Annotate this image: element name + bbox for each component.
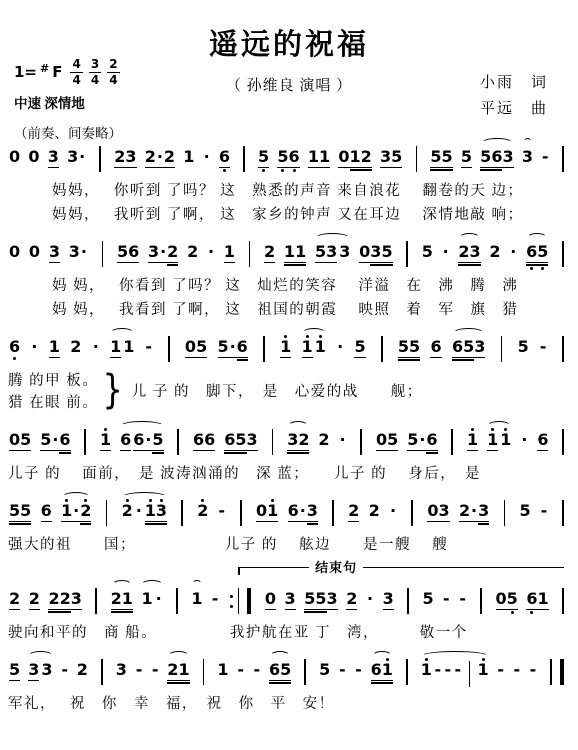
duration-underline bbox=[167, 680, 178, 681]
note-glyph: 2 bbox=[361, 148, 372, 166]
note-glyph: 0 bbox=[9, 243, 20, 261]
duration-underline bbox=[156, 167, 164, 168]
note-char: 3 bbox=[247, 425, 258, 459]
note-glyph: 1 bbox=[500, 431, 511, 449]
note-token: 23 bbox=[458, 237, 480, 271]
note-glyph: 0 bbox=[256, 502, 267, 520]
barline bbox=[558, 584, 568, 614]
note-glyph: 1 bbox=[100, 431, 111, 449]
note-char: · bbox=[72, 496, 80, 530]
note-glyph: 1 bbox=[487, 431, 498, 449]
note-char: 0 bbox=[256, 496, 267, 530]
note-char: 5 bbox=[507, 584, 518, 618]
lyrics-brace: } bbox=[103, 372, 123, 408]
duration-underline bbox=[117, 262, 128, 263]
key-note: F bbox=[52, 63, 62, 81]
note-glyph: 6 bbox=[452, 338, 463, 356]
duration-underline bbox=[164, 167, 175, 168]
duration-underline bbox=[315, 609, 326, 610]
duration-underline bbox=[438, 521, 449, 522]
note-glyph: 1 bbox=[280, 338, 291, 356]
barline bbox=[407, 496, 417, 526]
duration-underline bbox=[507, 609, 518, 610]
barline bbox=[412, 142, 422, 172]
note-char: 2 bbox=[77, 655, 88, 689]
note-char: · bbox=[336, 332, 344, 366]
note-glyph: 5 bbox=[277, 148, 288, 166]
note-token: 21 bbox=[167, 655, 189, 689]
note-glyph: - bbox=[445, 661, 452, 679]
barline bbox=[173, 425, 183, 455]
note-glyph: 5 bbox=[196, 338, 207, 356]
note-glyph: 1 bbox=[350, 148, 361, 166]
note-token: - bbox=[434, 655, 442, 689]
duration-underline bbox=[145, 167, 156, 168]
duration-underline bbox=[307, 521, 318, 522]
duration-underline bbox=[354, 357, 365, 358]
note-char: - bbox=[151, 655, 159, 689]
note-token: 5 bbox=[519, 496, 530, 530]
barline bbox=[497, 332, 507, 362]
duration-underline bbox=[59, 452, 70, 453]
meter-numerator: 3 bbox=[89, 58, 101, 73]
note-token: 6 bbox=[537, 425, 548, 459]
note-char: - bbox=[338, 655, 346, 689]
note-token: 2 bbox=[346, 584, 357, 618]
note-char: 6 bbox=[120, 425, 131, 459]
note-glyph: 5 bbox=[537, 243, 548, 261]
note-token: · bbox=[155, 584, 163, 618]
note-char: 3 bbox=[67, 142, 78, 176]
note-glyph: 2 bbox=[60, 590, 71, 608]
barline bbox=[102, 496, 112, 526]
note-glyph: 5 bbox=[519, 502, 530, 520]
duration-underline bbox=[470, 521, 478, 522]
note-glyph: 3 bbox=[502, 148, 513, 166]
note-token: 3 bbox=[41, 655, 52, 689]
duration-underline bbox=[167, 264, 178, 265]
note-glyph: 3 bbox=[116, 661, 127, 679]
note-glyph: 3 bbox=[41, 661, 52, 679]
note-glyph: 5 bbox=[304, 590, 315, 608]
note-token: - bbox=[135, 655, 143, 689]
duration-underline bbox=[295, 264, 306, 265]
note-token: · bbox=[389, 496, 397, 530]
duration-underline bbox=[120, 450, 131, 451]
duration-underline bbox=[218, 357, 229, 358]
note-char: - bbox=[354, 655, 362, 689]
note-glyph: 3 bbox=[287, 431, 298, 449]
tie-group: 1· bbox=[140, 584, 163, 618]
duration-underline bbox=[152, 450, 163, 451]
note-char: 2 bbox=[70, 332, 81, 366]
note-char: 1 bbox=[100, 425, 111, 459]
note-glyph: 5 bbox=[20, 431, 31, 449]
note-char: 1 bbox=[224, 237, 235, 271]
note-char: 3 bbox=[478, 496, 489, 530]
note-token: 5 bbox=[319, 655, 330, 689]
note-char: 2 bbox=[114, 142, 125, 176]
duration-underline bbox=[304, 609, 315, 610]
note-char: · bbox=[135, 496, 143, 530]
tie-group: 11 bbox=[301, 332, 327, 366]
note-token: 65 bbox=[526, 237, 548, 271]
note-glyph: 0 bbox=[9, 431, 20, 449]
note-glyph: 6 bbox=[128, 243, 139, 261]
duration-underline bbox=[48, 167, 59, 168]
note-char: · bbox=[92, 332, 100, 366]
duration-underline bbox=[470, 262, 481, 263]
note-char: 6 bbox=[219, 142, 230, 176]
score-header: 遥远的祝福 （ 孙维良 演唱 ） 1=#F 443424 中速 深情地 （前奏、… bbox=[0, 0, 578, 138]
note-char: 6 bbox=[289, 142, 300, 176]
duration-underline bbox=[60, 609, 71, 610]
duration-underline bbox=[59, 450, 70, 451]
duration-underline bbox=[133, 450, 144, 451]
note-glyph: 5 bbox=[480, 148, 491, 166]
octave-dot bbox=[530, 611, 533, 614]
note-char: 6 bbox=[41, 496, 52, 530]
duration-underline bbox=[467, 450, 478, 451]
note-glyph: 5 bbox=[315, 590, 326, 608]
barline bbox=[558, 142, 568, 172]
duration-underline bbox=[381, 264, 392, 265]
duration-underline bbox=[280, 357, 291, 358]
note-glyph: · bbox=[136, 502, 142, 520]
note-char: 3 bbox=[285, 584, 296, 618]
note-char: 5 bbox=[463, 332, 474, 366]
note-char: 5 bbox=[387, 425, 398, 459]
octave-dot bbox=[511, 611, 514, 614]
note-glyph: 3 bbox=[326, 243, 337, 261]
duration-underline bbox=[148, 262, 159, 263]
note-glyph: 3 bbox=[438, 502, 449, 520]
duration-underline bbox=[277, 167, 288, 168]
note-char: 1 bbox=[467, 425, 478, 459]
duration-underline bbox=[295, 262, 306, 263]
tie-group: 2·13 bbox=[121, 496, 168, 530]
duration-underline bbox=[224, 450, 235, 451]
barline bbox=[558, 425, 568, 455]
note-token: 6 bbox=[219, 142, 230, 176]
note-token: - bbox=[151, 655, 159, 689]
note-token: 56 bbox=[117, 237, 139, 271]
note-glyph: · bbox=[93, 338, 99, 356]
note-glyph: · bbox=[157, 148, 163, 166]
note-char: 5 bbox=[430, 142, 441, 176]
note-glyph: 6 bbox=[426, 431, 437, 449]
note-char: 1 bbox=[61, 496, 72, 530]
duration-underline bbox=[60, 611, 71, 612]
note-glyph: 5 bbox=[9, 661, 20, 679]
credits-block: 小雨 词 平远 曲 bbox=[480, 70, 548, 122]
duration-underline bbox=[502, 167, 513, 168]
note-glyph: 0 bbox=[338, 148, 349, 166]
tie-group: 11 bbox=[109, 332, 135, 366]
note-glyph: - bbox=[540, 338, 547, 356]
duration-underline bbox=[459, 521, 470, 522]
note-token: 5 bbox=[422, 584, 433, 618]
note-token: 0 bbox=[9, 142, 20, 176]
duration-underline bbox=[122, 611, 133, 612]
duration-underline bbox=[235, 450, 246, 451]
note-glyph: 5 bbox=[507, 590, 518, 608]
note-char: - bbox=[541, 142, 549, 176]
duration-underline bbox=[398, 359, 409, 360]
note-token: 2 bbox=[70, 332, 81, 366]
duration-underline bbox=[383, 609, 394, 610]
note-char: · bbox=[144, 425, 152, 459]
lyrics-block: 腾 的甲 板。猎 在眼 前。}儿 子 的 脚下， 是 心爱的战 舰； bbox=[8, 368, 570, 412]
note-glyph: 0 bbox=[376, 431, 387, 449]
duration-underline bbox=[9, 523, 20, 524]
note-glyph: 0 bbox=[359, 243, 370, 261]
note-glyph: 1 bbox=[61, 502, 72, 520]
note-char: 5 bbox=[196, 332, 207, 366]
note-char: 6 bbox=[59, 425, 70, 459]
note-token: 5 bbox=[258, 142, 269, 176]
duration-underline bbox=[284, 264, 295, 265]
note-glyph: 2 bbox=[187, 243, 198, 261]
barline bbox=[97, 655, 107, 685]
note-token: - bbox=[513, 655, 521, 689]
duration-underline bbox=[350, 167, 361, 168]
duration-underline bbox=[370, 262, 381, 263]
octave-dot bbox=[13, 357, 16, 360]
duration-underline bbox=[80, 521, 91, 522]
tie-group: 66·5 bbox=[119, 425, 164, 459]
note-token: · bbox=[339, 425, 347, 459]
duration-underline bbox=[51, 450, 59, 451]
duration-underline bbox=[258, 167, 269, 168]
note-glyph: 5 bbox=[315, 243, 326, 261]
duration-underline bbox=[361, 169, 372, 170]
note-char: 1 bbox=[350, 142, 361, 176]
duration-underline bbox=[299, 521, 307, 522]
note-glyph: 1 bbox=[49, 338, 60, 356]
note-glyph: 5 bbox=[40, 431, 51, 449]
note-token: 1 bbox=[421, 655, 432, 689]
note-token: 563 bbox=[480, 142, 513, 176]
duration-underline bbox=[125, 167, 136, 168]
note-char: 5 bbox=[218, 332, 229, 366]
note-glyph: · bbox=[471, 502, 477, 520]
duration-underline bbox=[470, 264, 481, 265]
note-glyph: 1 bbox=[319, 148, 330, 166]
note-token: 5 bbox=[422, 237, 433, 271]
note-char: 5 bbox=[40, 425, 51, 459]
note-char: 0 bbox=[28, 142, 39, 176]
note-char: 5 bbox=[391, 142, 402, 176]
note-glyph: 6 bbox=[526, 243, 537, 261]
score-system-3: 6·12·11-055·6111·55566535-腾 的甲 板。猎 在眼 前。… bbox=[8, 332, 570, 412]
duration-underline bbox=[204, 450, 215, 451]
barline bbox=[268, 425, 278, 455]
note-char: 5 bbox=[518, 332, 529, 366]
duration-underline bbox=[315, 262, 326, 263]
barline bbox=[558, 332, 568, 362]
note-char: 6 bbox=[193, 425, 204, 459]
note-char: 5 bbox=[354, 332, 365, 366]
note-glyph: 5 bbox=[441, 148, 452, 166]
note-char: 2 bbox=[29, 584, 40, 618]
note-char: 6 bbox=[371, 655, 382, 689]
note-glyph: 6 bbox=[288, 502, 299, 520]
note-glyph: 3 bbox=[71, 590, 82, 608]
note-token: - bbox=[540, 496, 548, 530]
duration-underline bbox=[441, 167, 452, 168]
note-token: · bbox=[336, 332, 344, 366]
duration-underline bbox=[145, 523, 156, 524]
note-glyph: 1 bbox=[295, 243, 306, 261]
note-glyph: 2 bbox=[298, 431, 309, 449]
duration-underline bbox=[491, 169, 502, 170]
duration-underline bbox=[280, 680, 291, 681]
lyrics-line: 军礼， 祝 你 幸 福， 祝 你 平 安！ bbox=[8, 692, 570, 713]
note-token: 3· bbox=[67, 142, 86, 176]
note-glyph: 3 bbox=[307, 502, 318, 520]
barline bbox=[80, 425, 90, 455]
duration-underline bbox=[224, 452, 235, 453]
duration-underline bbox=[224, 262, 235, 263]
note-char: · bbox=[159, 237, 167, 271]
note-char: · bbox=[520, 425, 528, 459]
key-tempo-block: 1=#F 443424 中速 深情地 （前奏、间奏略） bbox=[14, 58, 122, 142]
barline bbox=[328, 496, 338, 526]
note-char: · bbox=[389, 496, 397, 530]
note-char: · bbox=[30, 332, 38, 366]
duration-underline bbox=[350, 169, 361, 170]
note-token: 1 bbox=[183, 142, 194, 176]
note-glyph: 3 bbox=[48, 148, 59, 166]
note-char: - bbox=[529, 655, 537, 689]
note-token: - bbox=[211, 584, 219, 618]
note-token: 05 bbox=[185, 332, 207, 366]
note-char: 5 bbox=[461, 142, 472, 176]
note-token: 2 bbox=[348, 496, 359, 530]
note-glyph: 6 bbox=[526, 590, 537, 608]
note-token: - bbox=[253, 655, 261, 689]
note-glyph: 2 bbox=[197, 502, 208, 520]
note-token: 55 bbox=[398, 332, 420, 366]
note-char: - bbox=[211, 584, 219, 618]
duration-underline bbox=[298, 450, 309, 451]
note-token: 2 bbox=[9, 584, 20, 618]
note-glyph: 3 bbox=[69, 243, 80, 261]
note-char: 3 bbox=[125, 142, 136, 176]
note-glyph: - bbox=[541, 502, 548, 520]
note-char: · bbox=[156, 142, 164, 176]
note-char: - bbox=[497, 655, 505, 689]
note-glyph: 5 bbox=[218, 338, 229, 356]
note-glyph: - bbox=[339, 661, 346, 679]
note-char: 3 bbox=[522, 142, 533, 176]
note-glyph: 5 bbox=[381, 243, 392, 261]
barline bbox=[259, 332, 269, 362]
duration-underline bbox=[49, 357, 60, 358]
note-glyph: 6 bbox=[430, 338, 441, 356]
note-token: 1 bbox=[110, 332, 121, 366]
note-glyph: - bbox=[237, 661, 244, 679]
meter-denominator: 4 bbox=[109, 73, 117, 87]
note-char: 1 bbox=[477, 655, 488, 689]
duration-underline bbox=[219, 167, 230, 168]
note-glyph: · bbox=[300, 502, 306, 520]
duration-underline bbox=[430, 357, 441, 358]
note-glyph: - bbox=[497, 661, 504, 679]
note-glyph: 2 bbox=[458, 243, 469, 261]
note-char: 5 bbox=[422, 237, 433, 271]
note-glyph: 2 bbox=[346, 590, 357, 608]
duration-underline bbox=[156, 521, 167, 522]
duration-underline bbox=[418, 450, 426, 451]
note-char: · bbox=[203, 142, 211, 176]
barline bbox=[402, 237, 412, 267]
note-char: 5 bbox=[315, 584, 326, 618]
note-char: 6 bbox=[237, 332, 248, 366]
note-token: 2·2 bbox=[145, 142, 175, 176]
note-glyph: 5 bbox=[409, 338, 420, 356]
note-glyph: · bbox=[52, 431, 58, 449]
note-token: 1 bbox=[191, 584, 202, 618]
note-token: 2 bbox=[197, 496, 208, 530]
note-glyph: 6 bbox=[537, 431, 548, 449]
duration-underline bbox=[265, 609, 276, 610]
note-char: 2 bbox=[318, 425, 329, 459]
note-token: · bbox=[30, 332, 38, 366]
duration-underline bbox=[20, 523, 31, 524]
note-token: 1 bbox=[224, 237, 235, 271]
duration-underline bbox=[427, 521, 438, 522]
note-token: 5 bbox=[518, 332, 529, 366]
score-system-5: 5561·22·132-016·322·032·35-强大的祖 国； 儿子 的 … bbox=[8, 496, 570, 554]
barline bbox=[236, 496, 246, 526]
note-glyph: 2 bbox=[122, 502, 133, 520]
duration-underline bbox=[111, 611, 122, 612]
duration-underline bbox=[111, 609, 122, 610]
duration-underline bbox=[496, 609, 507, 610]
note-glyph: · bbox=[419, 431, 425, 449]
note-glyph: 1 bbox=[467, 431, 478, 449]
note-glyph: 6 bbox=[269, 661, 280, 679]
barline bbox=[558, 237, 568, 267]
note-token: 5·6 bbox=[218, 332, 248, 366]
note-char: 2 bbox=[264, 237, 275, 271]
note-token: 1 bbox=[100, 425, 111, 459]
note-token: - bbox=[338, 655, 346, 689]
note-glyph: 0 bbox=[185, 338, 196, 356]
note-glyph: 1 bbox=[141, 590, 152, 608]
duration-underline bbox=[287, 450, 298, 451]
duration-underline bbox=[537, 450, 548, 451]
note-char: 5 bbox=[9, 655, 20, 689]
duration-underline bbox=[326, 262, 337, 263]
barline bbox=[199, 655, 209, 685]
note-glyph: 5 bbox=[354, 338, 365, 356]
note-char: 1 bbox=[110, 332, 121, 366]
note-token: - bbox=[529, 655, 537, 689]
note-char: 3 bbox=[502, 142, 513, 176]
note-glyph: 2 bbox=[264, 243, 275, 261]
octave-dot bbox=[293, 169, 296, 172]
note-token: 0 bbox=[265, 584, 276, 618]
note-token: 1 bbox=[315, 332, 326, 366]
note-token: 2 bbox=[318, 425, 329, 459]
note-glyph: 5 bbox=[518, 338, 529, 356]
note-char: 1 bbox=[49, 332, 60, 366]
note-glyph: · bbox=[230, 338, 236, 356]
note-char: · bbox=[207, 237, 215, 271]
